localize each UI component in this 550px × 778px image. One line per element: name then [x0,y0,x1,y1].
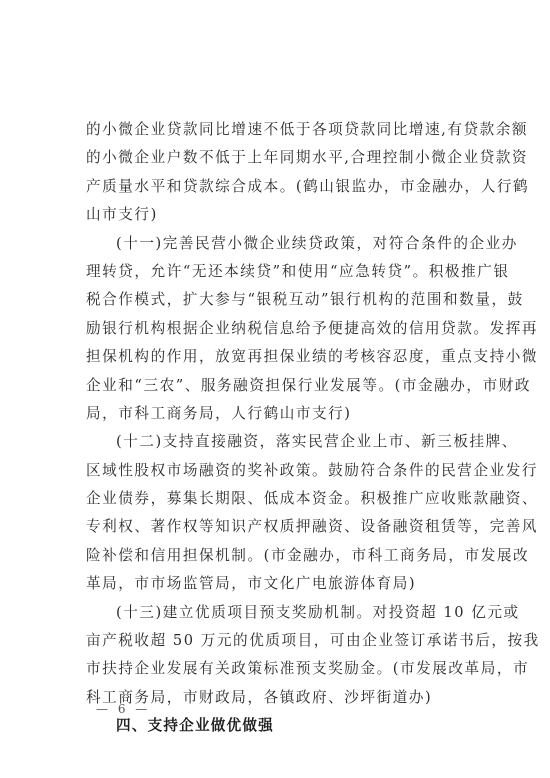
paragraph-line: 革局，市市场监管局，市文化广电旅游体育局) [86,570,474,598]
paragraph-line-item-11: (十一)完善民营小微企业续贷政策，对符合条件的企业办 [86,230,474,258]
section-heading: 四、支持企业做优做强 [86,712,474,740]
paragraph-line: 产质量水平和贷款综合成本。(鹤山银监办，市金融办，人行鹤 [86,173,474,201]
paragraph-line: 企业和“三农”、服务融资担保行业发展等。(市金融办，市财政 [86,372,474,400]
document-page: 的小微企业贷款同比增速不低于各项贷款同比增速,有贷款余额 的小微企业户数不低于上… [0,0,550,778]
paragraph-line: 的小微企业户数不低于上年同期水平,合理控制小微企业贷款资 [86,144,474,172]
paragraph-line: 税合作模式，扩大参与“银税互动”银行机构的范围和数量，鼓 [86,286,474,314]
paragraph-line: 理转贷，允许“无还本续贷”和使用“应急转贷”。积极推广银 [86,258,474,286]
paragraph-line: 亩产税收超 50 万元的优质项目，可由企业签订承诺书后，按我 [86,627,474,655]
paragraph-line: 专利权、著作权等知识产权质押融资、设备融资租赁等，完善风 [86,513,474,541]
paragraph-line: 的小微企业贷款同比增速不低于各项贷款同比增速,有贷款余额 [86,116,474,144]
paragraph-line: 区域性股权市场融资的奖补政策。鼓励符合条件的民营企业发行 [86,457,474,485]
paragraph-line: 山市支行) [86,201,474,229]
paragraph-line-item-13: (十三)建立优质项目预支奖励机制。对投资超 10 亿元或 [86,599,474,627]
paragraph-line: 险补偿和信用担保机制。(市金融办，市科工商务局，市发展改 [86,542,474,570]
paragraph-line: 局，市科工商务局，人行鹤山市支行) [86,400,474,428]
paragraph-line: 企业债券，募集长期限、低成本资金。积极推广应收账款融资、 [86,485,474,513]
paragraph-line-item-12: (十二)支持直接融资，落实民营企业上市、新三板挂牌、 [86,428,474,456]
document-body: 的小微企业贷款同比增速不低于各项贷款同比增速,有贷款余额 的小微企业户数不低于上… [86,116,474,741]
paragraph-line: 市扶持企业发展有关政策标准预支奖励金。(市发展改革局，市 [86,655,474,683]
paragraph-line: 担保机构的作用，放宽再担保业绩的考核容忍度，重点支持小微 [86,343,474,371]
paragraph-line: 励银行机构根据企业纳税信息给予便捷高效的信用贷款。发挥再 [86,315,474,343]
page-number: — 6 — [96,702,150,716]
